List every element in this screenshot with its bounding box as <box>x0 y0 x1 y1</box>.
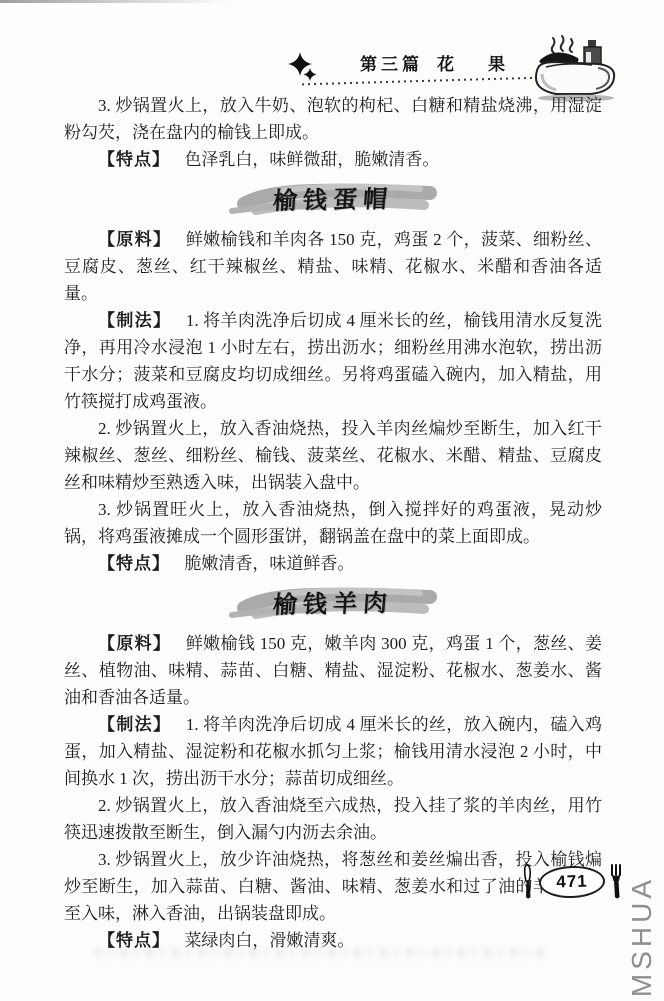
page-body: 3. 炒锅置火上，放入牛奶、泡软的枸杞、白糖和精盐烧沸，用湿淀粉勾芡，浇在盘内的… <box>64 92 602 954</box>
feature-label: 【特点】 <box>98 150 170 169</box>
recipe1-ingredients: 【原料】鲜嫩榆钱和羊肉各 150 克，鸡蛋 2 个，菠菜、细粉丝、豆腐皮、葱丝、… <box>64 226 602 307</box>
ingredients-label: 【原料】 <box>98 634 171 653</box>
watermark-text: MSHUA <box>626 876 658 997</box>
recipe1-method-step1: 【制法】1. 将羊肉洗净后切成 4 厘米长的丝，榆钱用清水反复洗净，再用冷水浸泡… <box>64 307 602 415</box>
intro-step-3: 3. 炒锅置火上，放入牛奶、泡软的枸杞、白糖和精盐烧沸，用湿淀粉勾芡，浇在盘内的… <box>64 92 602 146</box>
knife-icon <box>520 863 536 901</box>
recipe1-method-step3: 3. 炒锅置旺火上，放入香油烧热，倒入搅拌好的鸡蛋液，晃动炒锅，将鸡蛋液摊成一个… <box>64 496 602 550</box>
fork-icon <box>608 863 624 901</box>
page-number: 471 <box>538 865 605 899</box>
feature-text: 色泽乳白，味鲜微甜，脆嫩清香。 <box>184 150 439 169</box>
recipe-title-banner-1: 榆钱蛋帽 <box>224 180 442 220</box>
recipe-title: 榆钱蛋帽 <box>272 185 394 214</box>
book-page: 第三篇 花 果 3. 炒锅置火上，放入牛奶、泡软的枸杞、白糖和精盐烧 <box>0 0 664 1001</box>
chapter-title: 第三篇 花 果 <box>360 50 509 75</box>
chapter-title-part: 果 <box>488 50 509 75</box>
dotted-rule <box>302 77 540 86</box>
method-label: 【制法】 <box>98 311 171 330</box>
recipe-title-banner-2: 榆钱羊肉 <box>224 584 442 624</box>
page-number-ornament: 471 <box>520 863 624 901</box>
feature-label: 【特点】 <box>98 554 170 573</box>
chapter-title-part: 花 <box>437 50 458 75</box>
recipe2-method-step1: 【制法】1. 将羊肉洗净后切成 4 厘米长的丝，放入碗内，磕入鸡蛋，加入精盐、湿… <box>64 711 602 792</box>
scan-artifact-top-edge <box>0 0 230 3</box>
recipe1-method-step2: 2. 炒锅置火上，放入香油烧热，投入羊肉丝煸炒至断生，加入红干辣椒丝、葱丝、细粉… <box>64 415 602 496</box>
recipe2-ingredients: 【原料】鲜嫩榆钱 150 克，嫩羊肉 300 克，鸡蛋 1 个，葱丝、姜丝、植物… <box>64 630 602 711</box>
feature-text: 脆嫩清香，味道鲜香。 <box>184 554 354 573</box>
method-label: 【制法】 <box>98 715 171 734</box>
chapter-title-part: 第三篇 <box>360 50 423 75</box>
reverse-side-bleed-through <box>95 947 550 958</box>
intro-feature-line: 【特点】色泽乳白，味鲜微甜，脆嫩清香。 <box>64 146 602 173</box>
recipe-title: 榆钱羊肉 <box>272 589 394 618</box>
recipe2-method-step2: 2. 炒锅置火上，放入香油烧至六成热，投入挂了浆的羊肉丝，用竹筷迅速拨散至断生，… <box>64 792 602 846</box>
ingredients-label: 【原料】 <box>98 230 171 249</box>
recipe1-feature-line: 【特点】脆嫩清香，味道鲜香。 <box>64 550 602 577</box>
